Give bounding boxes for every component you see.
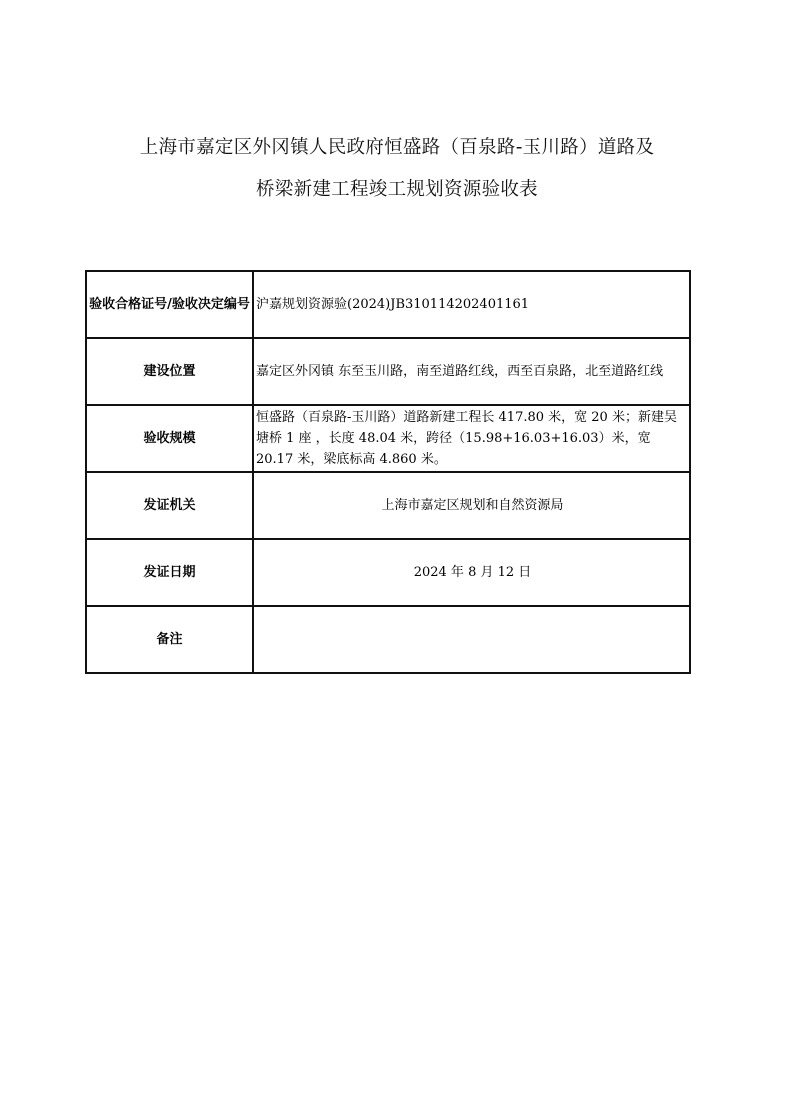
row-label: 建设位置 [86,338,253,405]
remarks-value [253,606,690,673]
row-label: 发证机关 [86,472,253,539]
row-label: 验收规模 [86,405,253,472]
issue-date-value: 2024 年 8 月 12 日 [253,539,690,606]
document-title-line-2: 桥梁新建工程竣工规划资源验收表 [0,175,794,201]
table-row-certificate-number: 验收合格证号/验收决定编号 沪嘉规划资源验(2024)JB31011420240… [86,271,690,338]
row-label: 备注 [86,606,253,673]
scale-value: 恒盛路（百泉路-玉川路）道路新建工程长 417.80 米，宽 20 米；新建吴塘… [253,405,690,472]
table-row-scale: 验收规模 恒盛路（百泉路-玉川路）道路新建工程长 417.80 米，宽 20 米… [86,405,690,472]
document-title-line-1: 上海市嘉定区外冈镇人民政府恒盛路（百泉路-玉川路）道路及 [0,133,794,159]
issuing-authority-value: 上海市嘉定区规划和自然资源局 [253,472,690,539]
table-row-issuing-authority: 发证机关 上海市嘉定区规划和自然资源局 [86,472,690,539]
location-value: 嘉定区外冈镇 东至玉川路，南至道路红线，西至百泉路，北至道路红线 [253,338,690,405]
certificate-number-value: 沪嘉规划资源验(2024)JB310114202401161 [253,271,690,338]
table-row-location: 建设位置 嘉定区外冈镇 东至玉川路，南至道路红线，西至百泉路，北至道路红线 [86,338,690,405]
row-label: 发证日期 [86,539,253,606]
table-row-issue-date: 发证日期 2024 年 8 月 12 日 [86,539,690,606]
acceptance-form-table: 验收合格证号/验收决定编号 沪嘉规划资源验(2024)JB31011420240… [85,270,691,674]
table-row-remarks: 备注 [86,606,690,673]
row-label: 验收合格证号/验收决定编号 [86,271,253,338]
